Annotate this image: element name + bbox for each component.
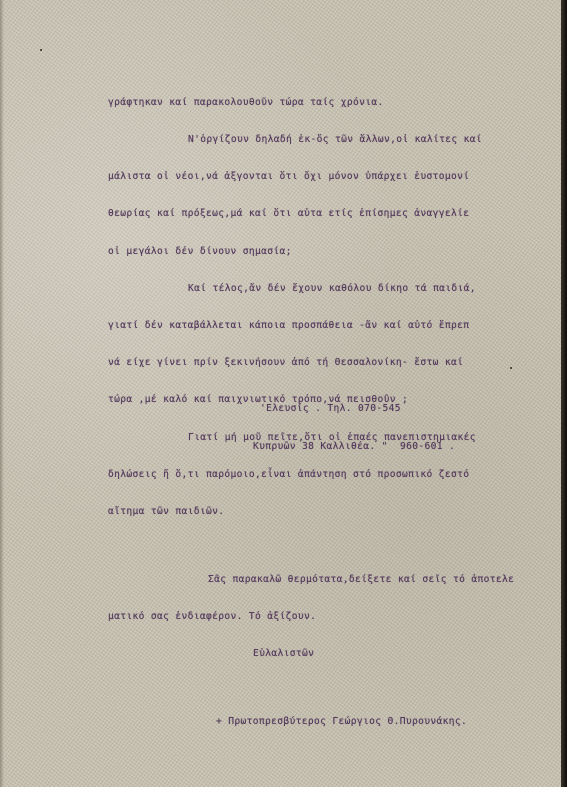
closing-paragraph-line: Σᾶς παρακαλῶ θερμότατα,δείξετε καί σεῖς … [108,574,514,586]
body-line: γιατί δέν καταβάλλεται κάποια προσπάθεια… [108,320,514,332]
address-line-1: 'Ελευσίς . Τηλ. 070-545 [253,403,455,416]
body-line: Καί τέλος,ἄν δέν ἔχουν καθόλου δίκηο τά … [108,283,514,295]
closing-paragraph-line: ματικό σας ἐνδιαφέρον. Τό ἀξίζουν. [108,611,514,623]
body-line: νά είχε γίνει πρίν ξεκινήσουν ἀπό τή Θεσ… [108,357,514,369]
body-line: Ν'ὀργίζουν δηλαδή ἐκ-ὅς τῶν ἄλλων,οἱ καλ… [108,134,514,146]
paper-speck [510,367,512,369]
address-line-2: Κυπρυῶν 38 Καλλιθέα. " 960-601 . [253,441,455,454]
sender-address-block: 'Ελευσίς . Τηλ. 070-545 Κυπρυῶν 38 Καλλι… [253,378,455,478]
signature: + Πρωτοπρεσβύτερος Γεώργιος Θ.Πυρουνάκης… [108,716,514,728]
signature-gap [108,686,514,692]
scanned-letter-page: γράφτηκαν καί παρακολουθοῦν τώρα ταίς χρ… [0,0,561,787]
body-line: μάλιστα οἱ νέοι,νά ἀξγονται ὅτι ὄχι μόνο… [108,171,514,183]
closing-word: Εὐλαλιστῶν [108,648,514,660]
body-line: γράφτηκαν καί παρακολουθοῦν τώρα ταίς χρ… [108,97,514,109]
body-line: αἴτημα τῶν παιδιῶν. [108,506,514,518]
body-line: θεωρίας καί πρόξεως,μά καί ὅτι αὐτα ετίς… [108,208,514,220]
body-line: οἱ μεγάλοι δέν δίνουν σημασία; [108,246,514,258]
scan-edge-shadow [561,0,567,787]
paragraph-gap [108,543,514,549]
paper-speck [40,49,42,51]
